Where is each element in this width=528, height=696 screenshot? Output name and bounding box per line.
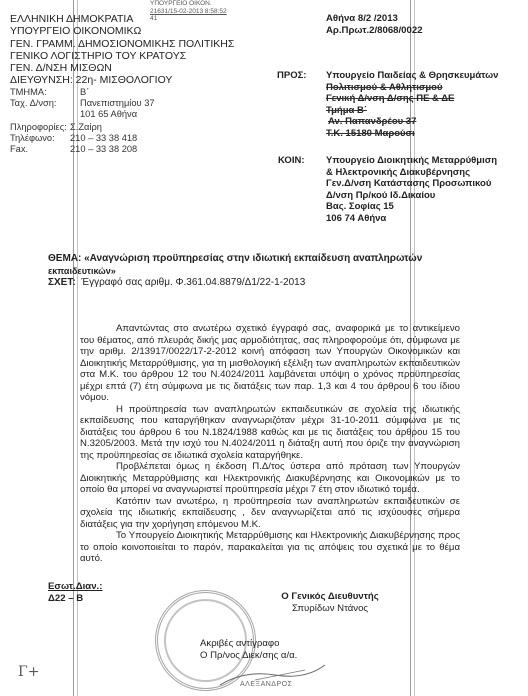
- cc-label: ΚΟΙΝ:: [278, 155, 304, 167]
- field-label: Πληροφορίες:: [10, 122, 68, 133]
- cc-line: Υπουργείο Διοικητικής Μεταρρύθμιση: [326, 155, 497, 167]
- internal-distribution-value: Δ22 – Β: [48, 593, 102, 605]
- recipient-line: Τμήμα Β΄: [326, 105, 498, 117]
- recipient-line: Πολιτισμού & Αθλητισμού: [326, 82, 498, 94]
- recipient-label: ΠΡΟΣ:: [277, 70, 306, 82]
- certification-signer: ΑΛΕΞΑΝΔΡΟΣ: [240, 681, 292, 688]
- subject-block: ΘΕΜΑ: «Αναγνώριση προϋπηρεσίας στην ιδιω…: [48, 253, 422, 289]
- sender-line: ΓΕΝΙΚΟ ΛΟΓΙΣΤΗΡΙΟ ΤΟΥ ΚΡΑΤΟΥΣ: [10, 50, 234, 62]
- field-value: 101 65 Αθήνα: [80, 109, 137, 119]
- internal-distribution-label: Εσωτ.Διαν.:: [48, 581, 102, 593]
- field-label: Fax.: [10, 144, 68, 155]
- body-paragraph: Απαντώντας στο ανωτέρω σχετικό έγγραφό σ…: [80, 323, 460, 404]
- sender-line: ΔΙΕΥΘΥΝΣΗ: 22η- ΜΙΣΘΟΛΟΓΙΟΥ: [10, 74, 234, 86]
- sender-fields: ΤΜΗΜΑ:Β΄ Ταχ. Δ/νση:Πανεπιστημίου 37 101…: [10, 87, 155, 120]
- recipient-block: Υπουργείο Παιδείας & Θρησκευμάτων Πολιτι…: [326, 70, 498, 140]
- contact-fields: Πληροφορίες:Σ.Ζαίρη Τηλέφωνο:210 – 33 38…: [10, 122, 137, 155]
- recipient-line: Αν. Παπανδρέου 37: [326, 116, 498, 128]
- field-label: Τηλέφωνο:: [10, 133, 68, 144]
- handwritten-margin-mark: Γ+: [18, 664, 39, 680]
- date-protocol: Αθήνα 8/2 /2013 Αρ.Πρωτ.2/8068/0022: [326, 13, 423, 36]
- field-value: Σ.Ζαίρη: [70, 122, 102, 132]
- field-value: Β΄: [80, 87, 89, 97]
- cc-line: Γεν.Δ/νση Κατάστασης Προσωπικού: [326, 178, 497, 190]
- sender-line: ΓΕΝ. Δ/ΝΣΗ ΜΙΣΘΩΝ: [10, 62, 234, 74]
- sender-line: ΓΕΝ. ΓΡΑΜΜ. ΔΗΜΟΣΙΟΝΟΜΙΚΗΣ ΠΟΛΙΤΙΚΗΣ: [10, 38, 234, 50]
- subject-text-continued: εκπαιδευτικών»: [48, 265, 422, 277]
- cc-block: Υπουργείο Διοικητικής Μεταρρύθμιση & Ηλε…: [326, 155, 497, 225]
- cc-line: Δ/νση Πρ/κού Ιδ.Δικαίου: [326, 190, 497, 202]
- field-value: 210 – 33 38 418: [70, 133, 137, 143]
- recipient-line: Τ.Κ. 15180 Μαρούσι: [326, 128, 498, 140]
- body-paragraph: Προβλέπεται όμως η έκδοση Π.Δ/τος ύστερα…: [80, 461, 460, 496]
- signature-title: Ο Γενικός Διευθυντής: [265, 591, 395, 603]
- field-value: Πανεπιστημίου 37: [80, 98, 155, 108]
- protocol-number: Αρ.Πρωτ.2/8068/0022: [326, 25, 423, 37]
- cc-line: & Ηλεκτρονικής Διακυβέρνησης: [326, 167, 497, 179]
- sender-line: ΥΠΟΥΡΓΕΙΟ ΟΙΚΟΝΟΜΙΚΩ: [10, 25, 234, 37]
- recipient-line: Γενική Δ/νση Δ/σης ΠΕ & ΔΕ: [326, 93, 498, 105]
- body-paragraph: Κατόπιν των ανωτέρω, η προϋπηρεσία των α…: [80, 496, 460, 531]
- field-label: ΤΜΗΜΑ:: [10, 87, 68, 98]
- cc-line: 106 74 Αθήνα: [326, 213, 497, 225]
- document-date: Αθήνα 8/2 /2013: [326, 13, 423, 25]
- reference-text: Έγγραφό σας αριθμ. Φ.361.04.8879/Δ1/22-1…: [81, 277, 305, 288]
- scan-stamp-line: ΥΠΟΥΡΓΕΙΟ ΟΙΚΟΝ.: [150, 0, 227, 8]
- recipient-line: Υπουργείο Παιδείας & Θρησκευμάτων: [326, 70, 498, 82]
- certification-line: Ακριβές αντίγραφο: [200, 638, 297, 650]
- body-paragraph: Το Υπουργείο Διοικητικής Μεταρρύθμισης κ…: [80, 530, 460, 565]
- reference-label: ΣΧΕΤ:: [48, 277, 76, 288]
- signature-name: Σπυρίδων Ντάνος: [265, 603, 395, 615]
- cc-line: Βας. Σοφίας 15: [326, 201, 497, 213]
- body-paragraph: Η προϋπηρεσία των αναπληρωτών εκπαιδευτι…: [80, 404, 460, 462]
- field-value: 210 – 33 38 208: [70, 144, 137, 154]
- internal-distribution: Εσωτ.Διαν.: Δ22 – Β: [48, 581, 102, 605]
- sender-line: ΕΛΛΗΝΙΚΗ ΔΗΜΟΚΡΑΤΙΑ: [10, 13, 234, 25]
- letter-body: Απαντώντας στο ανωτέρω σχετικό έγγραφό σ…: [80, 323, 460, 565]
- signature-block: Ο Γενικός Διευθυντής Σπυρίδων Ντάνος: [265, 591, 395, 615]
- sender-block: ΕΛΛΗΝΙΚΗ ΔΗΜΟΚΡΑΤΙΑ ΥΠΟΥΡΓΕΙΟ ΟΙΚΟΝΟΜΙΚΩ…: [10, 13, 234, 87]
- certification-block: Ακριβές αντίγραφο Ο Πρ/νος Διεκ/σης α/α.: [200, 638, 297, 661]
- subject-text: «Αναγνώριση προϋπηρεσίας στην ιδιωτική ε…: [84, 253, 422, 264]
- field-label: Ταχ. Δ/νση:: [10, 98, 68, 109]
- subject-label: ΘΕΜΑ:: [48, 253, 81, 264]
